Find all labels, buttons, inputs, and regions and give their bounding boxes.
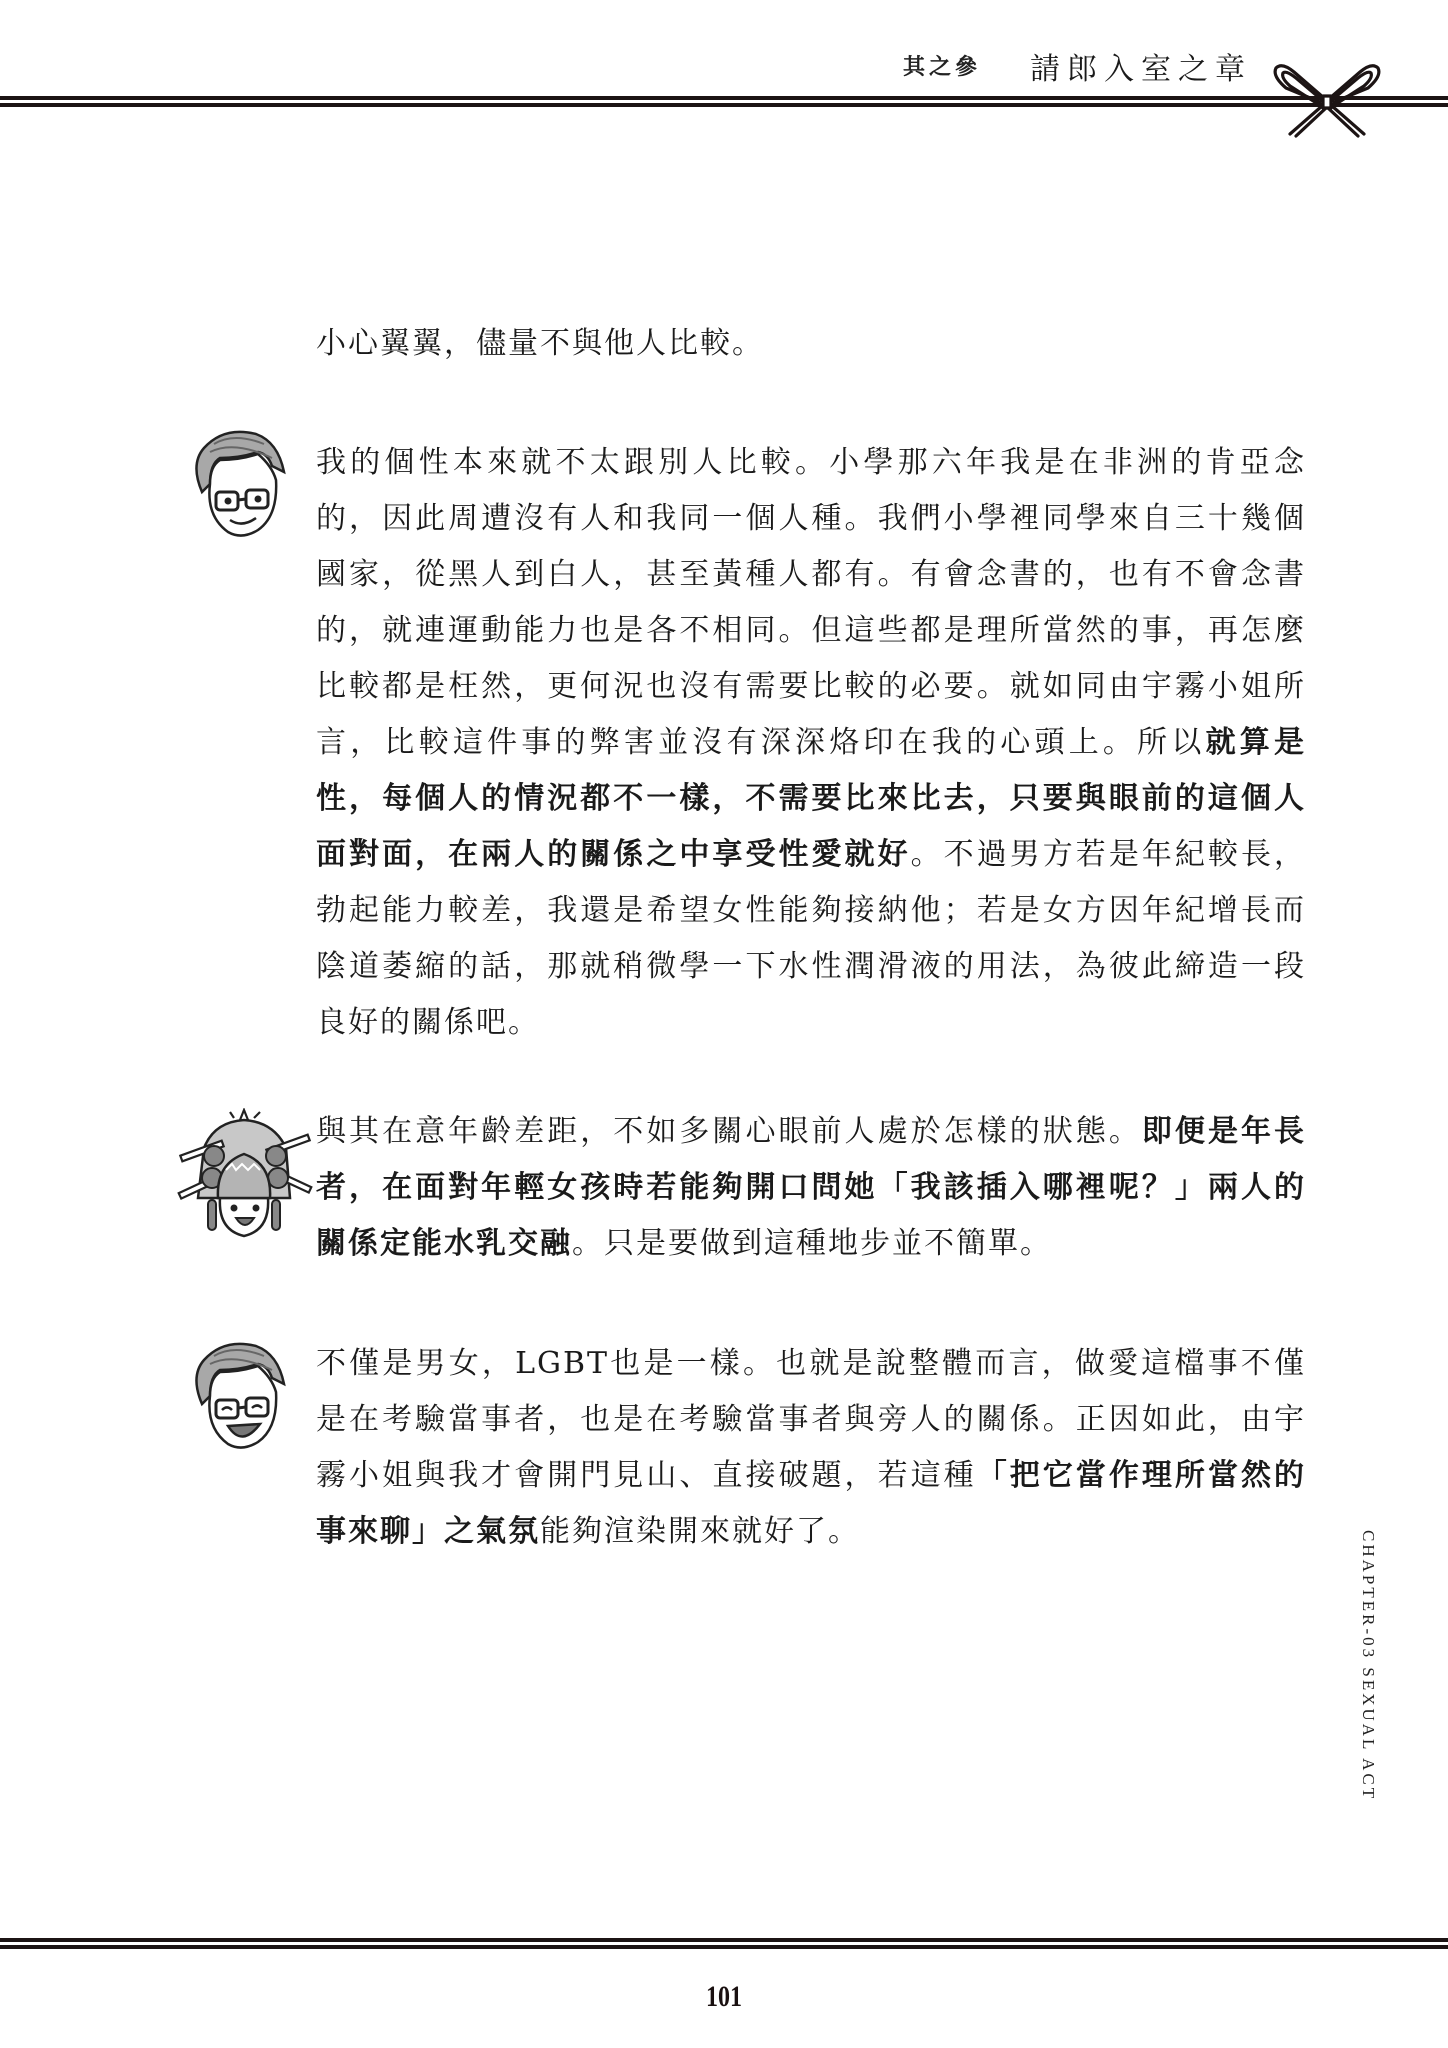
text-line: 比較都是枉然，更何況也沒有需要比較的必要。就如同由宇霧小姐所 (316, 659, 1306, 715)
text-line: 陰道萎縮的話，那就稍微學一下水性潤滑液的用法，為彼此締造一段 (316, 939, 1306, 995)
paragraph-comparison: 我的個性本來就不太跟別人比較。小學那六年我是在非洲的肯亞念的，因此周遭沒有人和我… (316, 435, 1306, 1051)
text-line: 者，在面對年輕女孩時若能夠開口問她「我該插入哪裡呢？」兩人的 (316, 1160, 1306, 1216)
body-text: 國家，從黑人到白人，甚至黃種人都有。有會念書的，也有不會念書 (316, 557, 1306, 592)
body-text: 比較都是枉然，更何況也沒有需要比較的必要。就如同由宇霧小姐所 (316, 669, 1306, 704)
paragraph-age-gap: 與其在意年齡差距，不如多關心眼前人處於怎樣的狀態。即便是年長者，在面對年輕女孩時… (316, 1104, 1306, 1272)
page-number: 101 (145, 1980, 1303, 2014)
emphasis-text: 即便是年長 (1142, 1114, 1306, 1149)
body-text: 不僅是男女，LGBT也是一樣。也就是說整體而言，做愛這檔事不僅 (316, 1346, 1306, 1381)
footer-rule-bottom (0, 1945, 1448, 1949)
body-text: 霧小姐與我才會開門見山、直接破題，若這種 (316, 1458, 977, 1493)
header-rule-top (0, 96, 1448, 100)
body-text: 。只是要做到這種地步並不簡單。 (572, 1226, 1052, 1261)
text-line: 面對面，在兩人的關係之中享受性愛就好。不過男方若是年紀較長， (316, 827, 1306, 883)
woman-ornate-hair-avatar (174, 1108, 314, 1246)
text-line: 是在考驗當事者，也是在考驗當事者與旁人的關係。正因如此，由宇 (316, 1392, 1306, 1448)
text-line: 與其在意年齡差距，不如多關心眼前人處於怎樣的狀態。即便是年長 (316, 1104, 1306, 1160)
ribbon-bow-icon (1272, 58, 1382, 140)
text-line: 不僅是男女，LGBT也是一樣。也就是說整體而言，做愛這檔事不僅 (316, 1336, 1306, 1392)
text-line: 勃起能力較差，我還是希望女性能夠接納他；若是女方因年紀增長而 (316, 883, 1306, 939)
emphasis-text: 就算是 (1206, 725, 1306, 760)
emphasis-text: 事來聊」之氣氛 (316, 1514, 540, 1549)
text-line: 的，就連運動能力也是各不相同。但這些都是理所當然的事，再怎麼 (316, 603, 1306, 659)
text-line: 的，因此周遭沒有人和我同一個人種。我們小學裡同學來自三十幾個 (316, 491, 1306, 547)
body-text: 小心翼翼，儘量不與他人比較。 (316, 326, 764, 361)
body-text: 的，就連運動能力也是各不相同。但這些都是理所當然的事，再怎麼 (316, 613, 1306, 648)
footer-rule-top (0, 1938, 1448, 1942)
body-text: 。不過男方若是年紀較長， (911, 837, 1306, 872)
man-glasses-smiling-avatar (180, 424, 292, 544)
body-text: 能夠渲染開來就好了。 (540, 1514, 860, 1549)
text-line: 言，比較這件事的弊害並沒有深深烙印在我的心頭上。所以就算是 (316, 715, 1306, 771)
body-text: 言，比較這件事的弊害並沒有深深烙印在我的心頭上。所以 (316, 725, 1206, 760)
text-line: 關係定能水乳交融。只是要做到這種地步並不簡單。 (316, 1216, 1306, 1272)
text-line: 我的個性本來就不太跟別人比較。小學那六年我是在非洲的肯亞念 (316, 435, 1306, 491)
paragraph-intro: 小心翼翼，儘量不與他人比較。 (316, 316, 1306, 372)
emphasis-text: 性，每個人的情況都不一樣，不需要比來比去，只要與眼前的這個人 (316, 781, 1306, 816)
body-text: 的，因此周遭沒有人和我同一個人種。我們小學裡同學來自三十幾個 (316, 501, 1306, 536)
text-line: 性，每個人的情況都不一樣，不需要比來比去，只要與眼前的這個人 (316, 771, 1306, 827)
paragraph-lgbt: 不僅是男女，LGBT也是一樣。也就是說整體而言，做愛這檔事不僅是在考驗當事者，也… (316, 1336, 1306, 1560)
emphasis-text: 面對面，在兩人的關係之中享受性愛就好 (316, 837, 911, 872)
text-line: 小心翼翼，儘量不與他人比較。 (316, 316, 1306, 372)
body-text: 勃起能力較差，我還是希望女性能夠接納他；若是女方因年紀增長而 (316, 893, 1306, 928)
chapter-side-label: CHAPTER-03 SEXUAL ACT (1358, 1530, 1378, 1801)
emphasis-text: 關係定能水乳交融 (316, 1226, 572, 1261)
body-text: 良好的關係吧。 (316, 1005, 540, 1040)
body-text: 我的個性本來就不太跟別人比較。小學那六年我是在非洲的肯亞念 (316, 445, 1306, 480)
emphasis-text: 「把它當作理所當然的 (977, 1458, 1306, 1493)
text-line: 國家，從黑人到白人，甚至黃種人都有。有會念書的，也有不會念書 (316, 547, 1306, 603)
chapter-title: 請郎入室之章 (1030, 44, 1252, 88)
body-text: 是在考驗當事者，也是在考驗當事者與旁人的關係。正因如此，由宇 (316, 1402, 1306, 1437)
chapter-number: 其之參 (903, 50, 981, 81)
man-glasses-laughing-avatar (180, 1336, 292, 1456)
text-line: 良好的關係吧。 (316, 995, 1306, 1051)
body-text: 與其在意年齡差距，不如多關心眼前人處於怎樣的狀態。 (316, 1114, 1142, 1149)
emphasis-text: 者，在面對年輕女孩時若能夠開口問她「我該插入哪裡呢？」兩人的 (316, 1170, 1306, 1205)
text-line: 霧小姐與我才會開門見山、直接破題，若這種「把它當作理所當然的 (316, 1448, 1306, 1504)
body-text: 陰道萎縮的話，那就稍微學一下水性潤滑液的用法，為彼此締造一段 (316, 949, 1306, 984)
text-line: 事來聊」之氣氛能夠渲染開來就好了。 (316, 1504, 1306, 1560)
header-rule-bottom (0, 103, 1448, 107)
